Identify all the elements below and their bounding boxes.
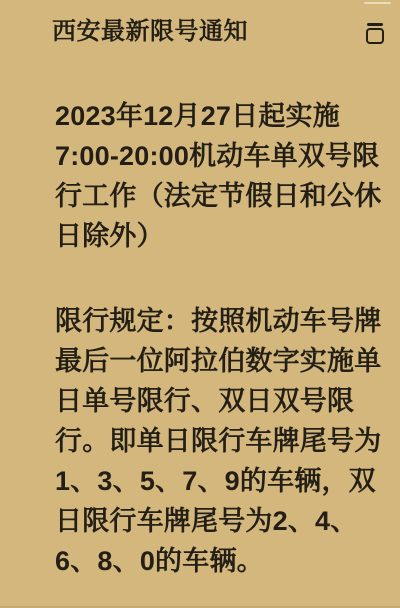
notice-line: 行。即单日限行车牌尾号为	[55, 421, 392, 461]
paragraph-implementation-notice: 2023年12月27日起实施 7:00-20:00机动车单双号限 行工作（法定节…	[55, 96, 392, 256]
float-window-icon[interactable]	[364, 23, 386, 47]
float-window-icon-bar	[367, 23, 383, 26]
notice-line: 日除外）	[55, 216, 392, 256]
page-title: 西安最新限号通知	[52, 19, 248, 45]
float-window-icon-box	[366, 28, 384, 44]
notice-line: 1、3、5、7、9的车辆，双	[55, 461, 392, 501]
notice-line: 日单号限行、双日双号限	[55, 381, 392, 421]
paragraph-restriction-rules: 限行规定：按照机动车号牌 最后一位阿拉伯数字实施单 日单号限行、双日双号限 行。…	[55, 301, 392, 581]
notice-line: 行工作（法定节假日和公休	[55, 176, 392, 216]
top-edge-hairline	[364, 2, 391, 4]
notice-line: 2023年12月27日起实施	[55, 96, 392, 136]
notice-line: 限行规定：按照机动车号牌	[55, 301, 392, 341]
notice-line: 最后一位阿拉伯数字实施单	[55, 341, 392, 381]
notice-line: 6、8、0的车辆。	[55, 541, 392, 581]
notice-line: 日限行车牌尾号为2、4、	[55, 501, 392, 541]
notice-page: 西安最新限号通知 2023年12月27日起实施 7:00-20:00机动车单双号…	[0, 0, 400, 608]
notice-line: 7:00-20:00机动车单双号限	[55, 136, 392, 176]
